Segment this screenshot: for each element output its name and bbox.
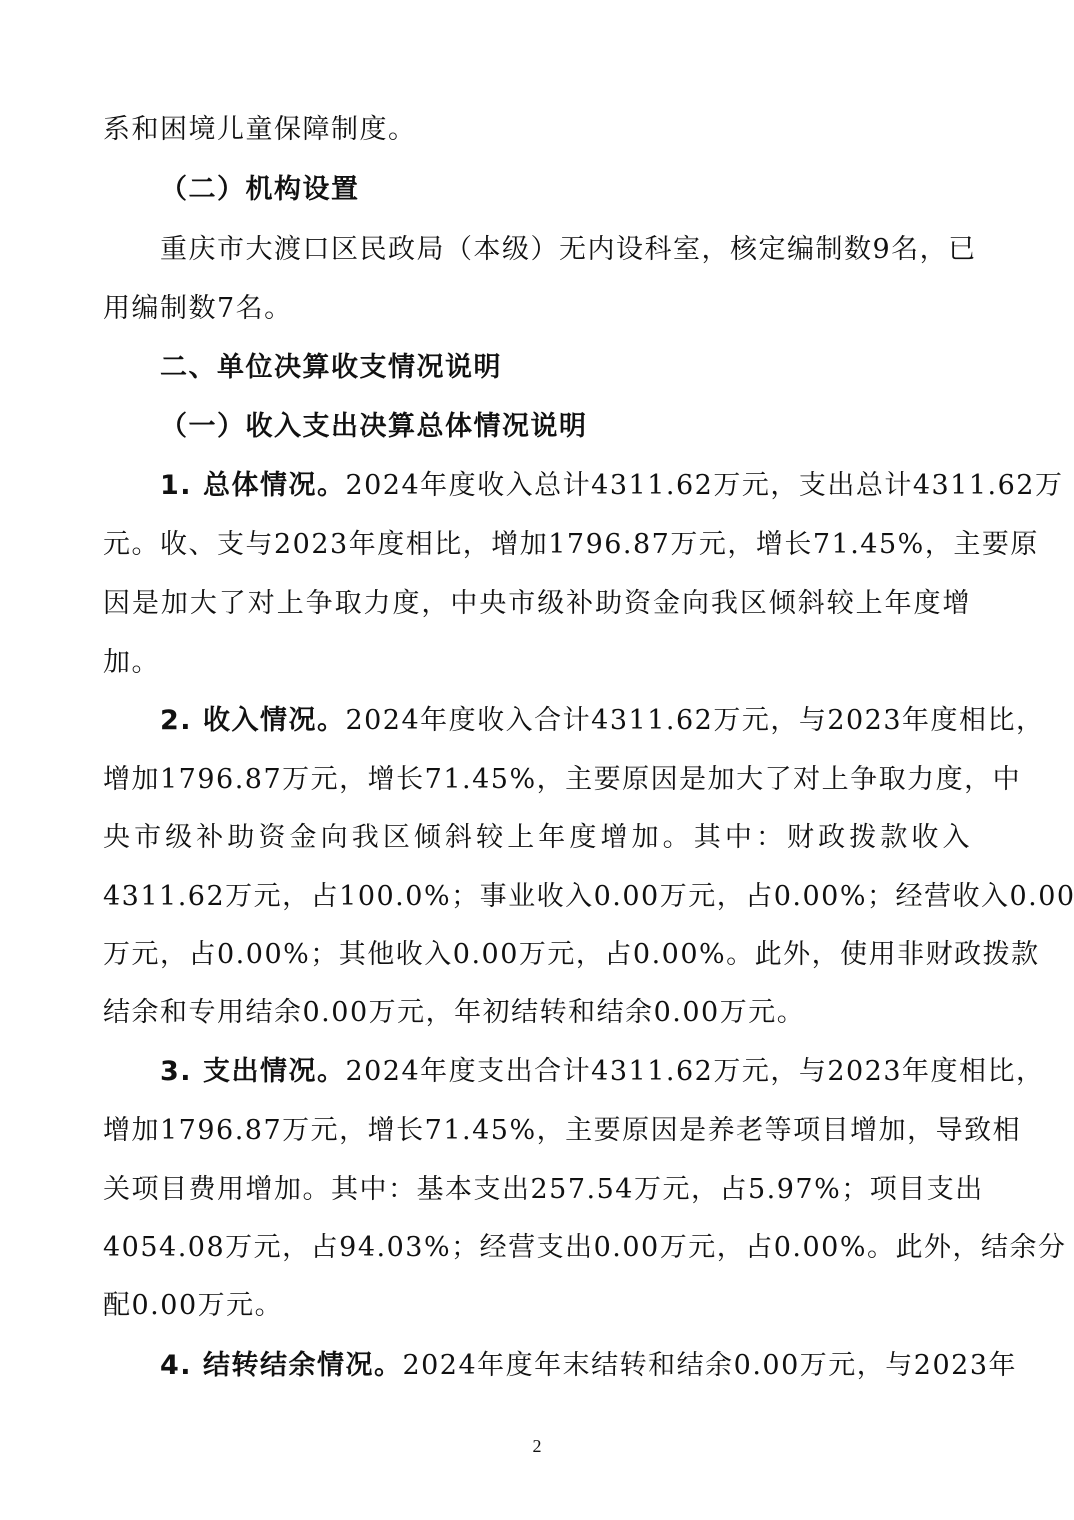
- paragraph-label: 3. 支出情况。: [160, 1056, 345, 1087]
- paragraph-line: 4054.08万元，占94.03%；经营支出0.00万元，占0.00%。此外，结…: [103, 1231, 971, 1265]
- paragraph-expenditure: 3. 支出情况。2024年度支出合计4311.62万元，与2023年度相比，: [160, 1055, 971, 1089]
- paragraph-line: 结余和专用结余0.00万元，年初结转和结余0.00万元。: [103, 996, 971, 1030]
- paragraph-line: 央市级补助资金向我区倾斜较上年度增加。其中：财政拨款收入: [103, 821, 971, 855]
- paragraph-line: 加。: [103, 646, 971, 680]
- paragraph-line: 配0.00万元。: [103, 1289, 971, 1323]
- paragraph-income: 2. 收入情况。2024年度收入合计4311.62万元，与2023年度相比，: [160, 704, 971, 738]
- paragraph-line: 重庆市大渡口区民政局（本级）无内设科室，核定编制数9名，已: [160, 233, 971, 267]
- section-heading-org: （二）机构设置: [160, 173, 971, 207]
- paragraph-line: 系和困境儿童保障制度。: [103, 113, 971, 147]
- paragraph-label: 4. 结转结余情况。: [160, 1350, 402, 1381]
- page-number: 2: [0, 1436, 1074, 1457]
- paragraph-text: 2024年度收入总计4311.62万元，支出总计4311.62万: [345, 470, 1063, 501]
- paragraph-line: 元。收、支与2023年度相比，增加1796.87万元，增长71.45%，主要原: [103, 528, 971, 562]
- paragraph-line: 增加1796.87万元，增长71.45%，主要原因是养老等项目增加，导致相: [103, 1114, 971, 1148]
- paragraph-overall: 1. 总体情况。2024年度收入总计4311.62万元，支出总计4311.62万: [160, 469, 971, 503]
- document-page: 系和困境儿童保障制度。 （二）机构设置 重庆市大渡口区民政局（本级）无内设科室，…: [0, 0, 1074, 1520]
- paragraph-label: 1. 总体情况。: [160, 470, 345, 501]
- paragraph-carryover: 4. 结转结余情况。2024年度年末结转和结余0.00万元，与2023年: [160, 1349, 971, 1383]
- paragraph-text: 2024年度年末结转和结余0.00万元，与2023年: [402, 1350, 1017, 1381]
- paragraph-line: 因是加大了对上争取力度，中央市级补助资金向我区倾斜较上年度增: [103, 587, 971, 621]
- section-heading-part2: 二、单位决算收支情况说明: [160, 351, 971, 385]
- paragraph-line: 关项目费用增加。其中：基本支出257.54万元，占5.97%；项目支出: [103, 1173, 971, 1207]
- paragraph-text: 2024年度收入合计4311.62万元，与2023年度相比，: [345, 705, 1044, 736]
- paragraph-label: 2. 收入情况。: [160, 705, 345, 736]
- paragraph-text: 2024年度支出合计4311.62万元，与2023年度相比，: [345, 1056, 1044, 1087]
- paragraph-line: 增加1796.87万元，增长71.45%，主要原因是加大了对上争取力度，中: [103, 763, 971, 797]
- paragraph-line: 4311.62万元，占100.0%；事业收入0.00万元，占0.00%；经营收入…: [103, 880, 971, 914]
- section-heading-sub1: （一）收入支出决算总体情况说明: [160, 410, 971, 444]
- paragraph-line: 用编制数7名。: [103, 292, 971, 326]
- paragraph-line: 万元，占0.00%；其他收入0.00万元，占0.00%。此外，使用非财政拨款: [103, 938, 971, 972]
